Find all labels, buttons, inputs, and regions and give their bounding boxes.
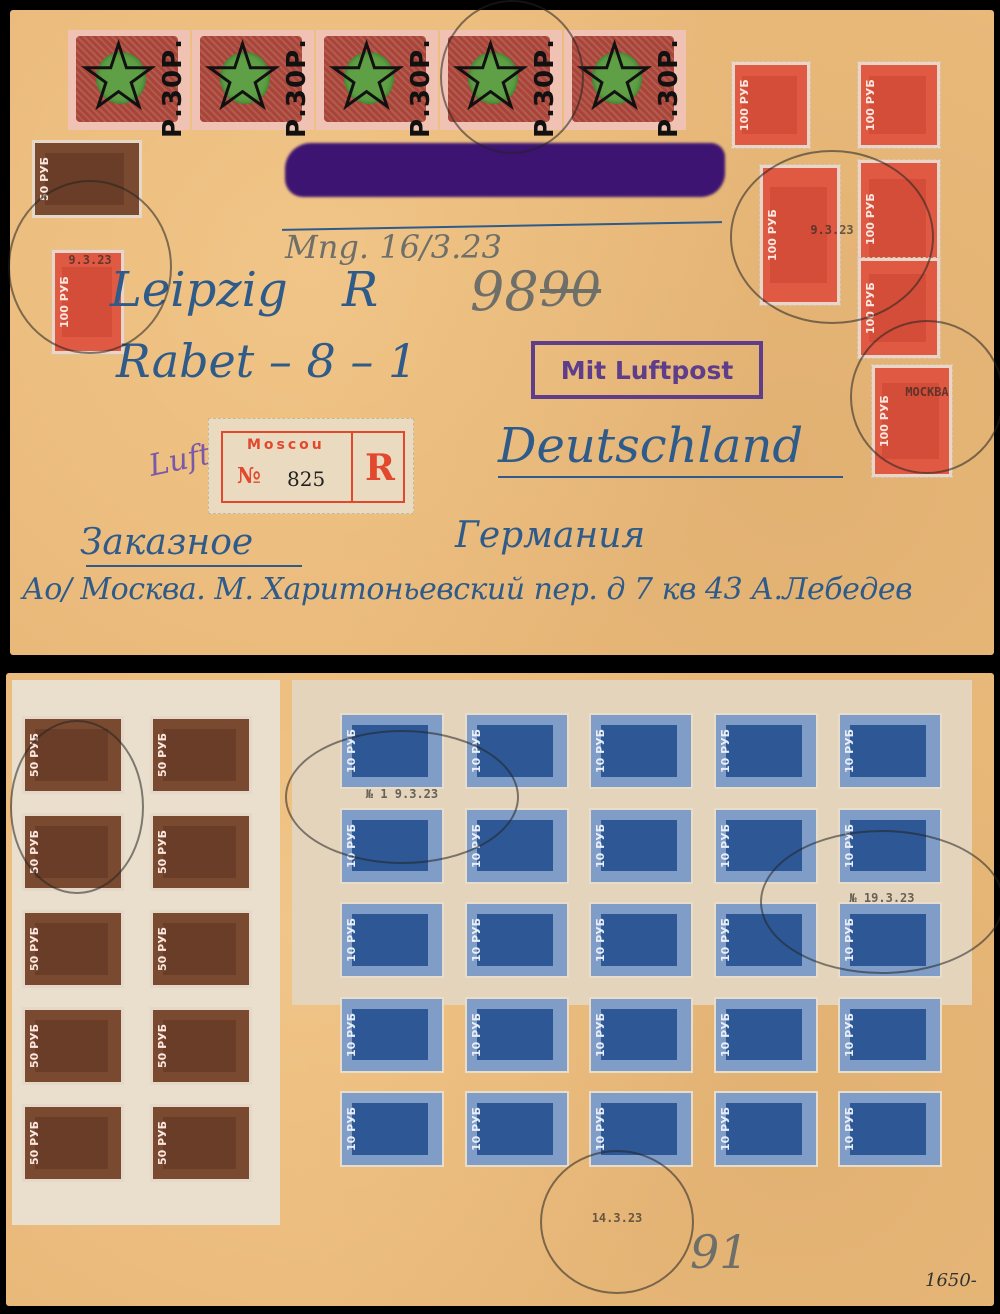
registration-label: Moscou № 825 R: [208, 418, 414, 514]
registration-city: Moscou: [247, 437, 325, 453]
overprint-stamp: ★Р.30Р.: [192, 30, 314, 130]
stamp-10-rub: 10 РУБ: [589, 997, 693, 1073]
stamp-10-rub: 10 РУБ: [714, 1091, 818, 1167]
overprint-stamp: ★Р.30Р.: [440, 30, 562, 130]
stamp-10-rub: 10 РУБ: [340, 1091, 444, 1167]
stamp-50-rub: 50 РУБ: [150, 716, 252, 794]
recipient-city-mark: R: [342, 262, 378, 318]
stamp-10-rub: 10 РУБ: [714, 808, 818, 884]
stamp-50-rub: 50 РУБ: [150, 910, 252, 988]
airmail-cachet: Mit Luftpost: [531, 341, 763, 399]
registered-underline: [86, 565, 302, 567]
overprint-stamp: ★Р.30Р.: [564, 30, 686, 130]
obliterated-address-ink: [285, 143, 725, 197]
stamp-50-rub: 50 РУБ: [150, 1104, 252, 1182]
registration-mark: R: [365, 447, 395, 489]
price-note: 1650-: [925, 1270, 977, 1291]
stamp-10-rub: 10 РУБ: [838, 1091, 942, 1167]
stamp-100-rub: 100 РУБ: [858, 62, 940, 148]
stamp-10-rub: 10 РУБ: [838, 808, 942, 884]
stamp-50-rub: 50 РУБ: [150, 813, 252, 891]
overprint-stamp: ★Р.30Р.: [68, 30, 190, 130]
stamp-50-rub: 50 РУБ: [22, 910, 124, 988]
stamp-50-rub: 50 РУБ: [22, 813, 124, 891]
stamp-50-rub: 50 РУБ: [22, 1007, 124, 1085]
stamp-100-rub: 100 РУБ: [858, 258, 940, 358]
recipient-country-ru: Германия: [455, 515, 645, 556]
overprint-stamp: ★Р.30Р.: [316, 30, 438, 130]
stamp-100-rub: 100 РУБ: [760, 165, 840, 305]
country-underline: [498, 476, 843, 478]
stamp-10-rub: 10 РУБ: [838, 713, 942, 789]
sender-address: Ао/ Москва. М. Харитоньевский пер. д 7 к…: [22, 572, 912, 607]
recipient-country: Deutschland: [498, 418, 803, 474]
stamp-50-rub: 50 РУБ: [32, 140, 142, 218]
back-pencil-note: 91: [690, 1225, 749, 1279]
stamp-10-rub: 10 РУБ: [465, 1091, 569, 1167]
stamp-10-rub: 10 РУБ: [714, 902, 818, 978]
stamp-10-rub: 10 РУБ: [714, 713, 818, 789]
stamp-10-rub: 10 РУБ: [589, 808, 693, 884]
registered-ru: Заказное: [80, 522, 253, 563]
stamp-100-rub: 100 РУБ: [872, 365, 952, 477]
stamp-10-rub: 10 РУБ: [838, 997, 942, 1073]
stamp-10-rub: 10 РУБ: [340, 713, 444, 789]
stamp-10-rub: 10 РУБ: [589, 902, 693, 978]
registration-number: 825: [287, 467, 325, 491]
stamp-100-rub: 100 РУБ: [732, 62, 810, 148]
stamp-10-rub: 10 РУБ: [340, 997, 444, 1073]
stamp-10-rub: 10 РУБ: [465, 713, 569, 789]
stamp-10-rub: 10 РУБ: [589, 1091, 693, 1167]
stamp-10-rub: 10 РУБ: [340, 808, 444, 884]
stamp-10-rub: 10 РУБ: [589, 713, 693, 789]
recipient-city: Leipzig: [110, 262, 288, 318]
stamp-10-rub: 10 РУБ: [714, 997, 818, 1073]
recipient-street: Rabet – 8 – 1: [116, 334, 417, 388]
pencil-number-struck: 90: [540, 262, 601, 318]
stamp-10-rub: 10 РУБ: [465, 997, 569, 1073]
stamp-50-rub: 50 РУБ: [22, 1104, 124, 1182]
stamp-10-rub: 10 РУБ: [340, 902, 444, 978]
stamp-10-rub: 10 РУБ: [465, 808, 569, 884]
pencil-number: 98: [470, 260, 539, 323]
stamp-10-rub: 10 РУБ: [838, 902, 942, 978]
registration-number-prefix: №: [237, 463, 261, 489]
stamp-50-rub: 50 РУБ: [150, 1007, 252, 1085]
stamp-10-rub: 10 РУБ: [465, 902, 569, 978]
stamp-50-rub: 50 РУБ: [22, 716, 124, 794]
